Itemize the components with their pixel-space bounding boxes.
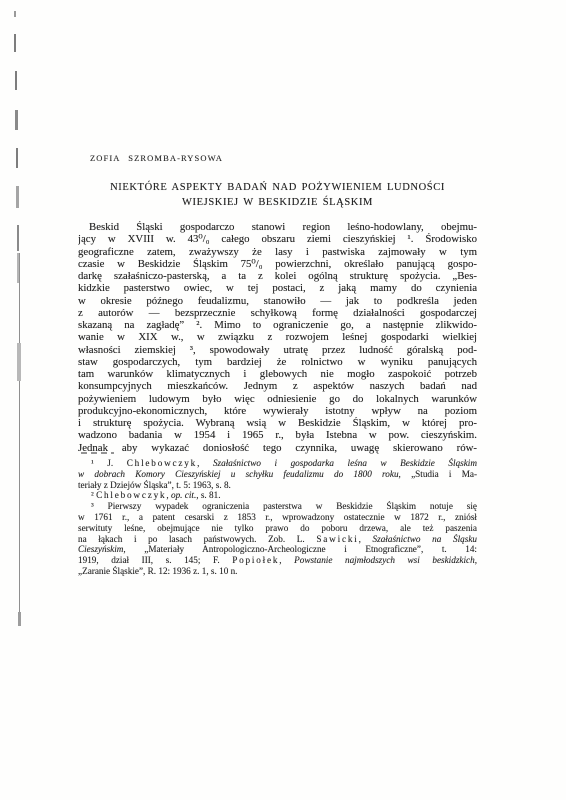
binding-mark xyxy=(16,186,19,208)
italic-text: Szałaśnictwo na Śląsku xyxy=(373,534,477,544)
footnote-line: „Zaranie Śląskie”, R. 12: 1936 z. 1, s. … xyxy=(78,566,477,577)
footnote-line: w dobrach Komory Cieszyńskiej u schyłku … xyxy=(78,469,477,480)
text-segment: , „Materiały Antropologiczno-Archeologic… xyxy=(123,544,477,554)
body-line: Beskid Śląski gospodarczo stanowi region… xyxy=(78,221,477,233)
text-segment: serwituty leśne, obejmujące nie tylko pr… xyxy=(78,523,477,533)
footnote-line: Cieszyńskim, „Materiały Antropologiczno-… xyxy=(78,544,477,555)
footnote-line: w 1761 r., a patent cesarski z 1853 r., … xyxy=(78,512,477,523)
text-segment: na łąkach i po lasach państwowych. Zob. … xyxy=(78,534,316,544)
footnote: ¹ J. Chlebowczyk, Szałaśnictwo i gospoda… xyxy=(78,458,477,490)
title-line-1: NIEKTÓRE ASPEKTY BADAŃ NAD POŻYWIENIEM L… xyxy=(78,181,477,196)
text-segment: , xyxy=(197,458,213,468)
body-line: staw gospodarczych, tym bardziej że roln… xyxy=(78,356,477,368)
scan-artifact-line xyxy=(19,253,20,626)
italic-text: Powstanie najmłodszych wsi beskidzkich, xyxy=(294,555,477,565)
footnote-line: ² Chlebowczyk, op. cit., s. 81. xyxy=(78,490,477,501)
text-segment: 1919, dział III, s. 145; F. xyxy=(78,555,232,565)
body-line: konsumpcyjnych mieszkańców. Jednym z asp… xyxy=(78,380,477,392)
text-segment: teriały z Dziejów Śląska”, t. 5: 1963, s… xyxy=(78,480,231,490)
body-line: w okresie późnego feudalizmu, stanowiło … xyxy=(78,295,477,307)
body-line: darkę szałaśniczo-pasterską, a ta z kole… xyxy=(78,270,477,282)
text-segment: , xyxy=(359,534,373,544)
binding-mark xyxy=(14,11,16,17)
scanned-page: ZOFIA SZROMBA-RYSOWA NIEKTÓRE ASPEKTY BA… xyxy=(0,0,566,800)
author-line: ZOFIA SZROMBA-RYSOWA xyxy=(90,153,223,163)
text-segment: ³ Pierwszy wypadek ograniczenia pasterst… xyxy=(91,501,477,511)
footnote-line: na łąkach i po lasach państwowych. Zob. … xyxy=(78,534,477,545)
article-title: NIEKTÓRE ASPEKTY BADAŃ NAD POŻYWIENIEM L… xyxy=(78,181,477,210)
footnote-line: ¹ J. Chlebowczyk, Szałaśnictwo i gospoda… xyxy=(78,458,477,469)
body-line: produkcyjno-ekonomicznych, które wywiera… xyxy=(78,405,477,417)
italic-text: w dobrach Komory Cieszyńskiej u schyłku … xyxy=(78,469,399,479)
title-line-2: WIEJSKIEJ W BESKIDZIE ŚLĄSKIM xyxy=(78,196,477,211)
footnote: ² Chlebowczyk, op. cit., s. 81. xyxy=(78,490,477,501)
text-segment: , „Studia i Ma- xyxy=(399,469,477,479)
footnote-line: serwituty leśne, obejmujące nie tylko pr… xyxy=(78,523,477,534)
text-segment: ¹ J. xyxy=(91,458,127,468)
text-segment: w 1761 r., a patent cesarski z 1853 r., … xyxy=(78,512,477,522)
body-line: czasie w Beskidzie Śląskim 75⁰/₀ powierz… xyxy=(78,258,477,270)
body-paragraph: Beskid Śląski gospodarczo stanowi region… xyxy=(78,221,477,454)
footnote-line: ³ Pierwszy wypadek ograniczenia pasterst… xyxy=(78,501,477,512)
body-line: skazaną na zagładę” ². Mimo to ogranicze… xyxy=(78,319,477,331)
italic-text: Szałaśnictwo i gospodarka leśna w Beskid… xyxy=(213,458,477,468)
footnote-separator xyxy=(81,452,114,454)
body-line: Jednak aby wykazać doniosłość tego czynn… xyxy=(78,442,477,454)
footnote-line: 1919, dział III, s. 145; F. Popiołek, Po… xyxy=(78,555,477,566)
spaced-name: Chlebowczyk xyxy=(127,458,197,468)
binding-mark xyxy=(15,110,18,130)
body-line: kidzkie pasterstwo owiec, w tej postaci,… xyxy=(78,282,477,294)
text-segment: „Zaranie Śląskie”, R. 12: 1936 z. 1, s. … xyxy=(78,566,237,576)
body-line: z autorów — bezsprzecznie schyłkową form… xyxy=(78,307,477,319)
spaced-name: Chlebowczyk xyxy=(96,490,166,500)
binding-mark xyxy=(17,343,21,381)
spaced-name: Sawicki xyxy=(316,534,358,544)
body-line: wanie w XIX w., w związku z rozwojem leś… xyxy=(78,331,477,343)
body-line: własności ziemskiej ³, spowodowały utrat… xyxy=(78,344,477,356)
footnotes: ¹ J. Chlebowczyk, Szałaśnictwo i gospoda… xyxy=(78,458,477,577)
footnote-line: teriały z Dziejów Śląska”, t. 5: 1963, s… xyxy=(78,480,477,491)
italic-text: Cieszyńskim xyxy=(78,544,123,554)
italic-text: op. cit., xyxy=(171,490,199,500)
binding-mark xyxy=(17,225,19,251)
binding-mark xyxy=(14,34,16,52)
body-line: wadzono badania w 1954 i 1965 r., była I… xyxy=(78,429,477,441)
binding-mark xyxy=(18,612,21,626)
binding-mark xyxy=(15,71,17,90)
spaced-name: Popiołek xyxy=(232,555,279,565)
text-segment: , xyxy=(279,555,294,565)
body-line: jący w XVIII w. 43⁰/₀ całego obszaru zie… xyxy=(78,233,477,245)
body-line: pożywieniem ludowym było więc odniesieni… xyxy=(78,393,477,405)
footnote: ³ Pierwszy wypadek ograniczenia pasterst… xyxy=(78,501,477,577)
body-line: i strukturę spożycia. Wybraną wsią w Bes… xyxy=(78,417,477,429)
body-line: geograficzne zatem, zważywszy że lasy i … xyxy=(78,246,477,258)
body-line: tam warunków klimatycznych i glebowych n… xyxy=(78,368,477,380)
binding-mark xyxy=(16,148,18,168)
text-segment: s. 81. xyxy=(199,490,221,500)
